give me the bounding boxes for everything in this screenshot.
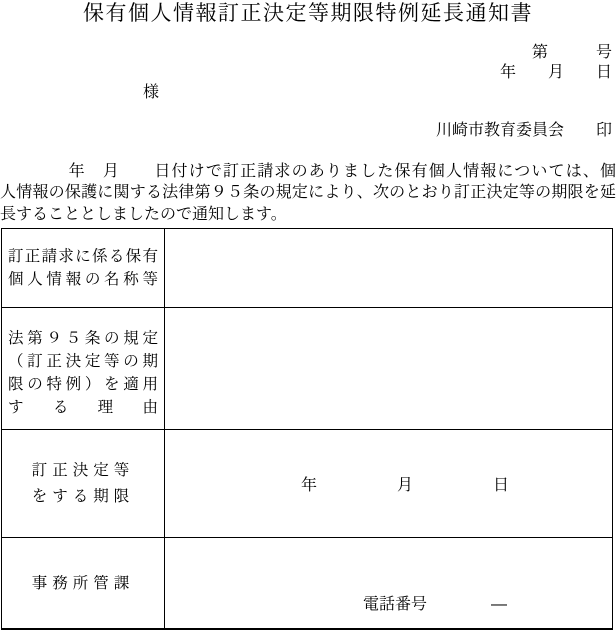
reason-label-cell: 法第９５条の規定 （訂正決定等の期 限の特例）を適用 す る 理 由 [2,307,165,429]
body-paragraph-line: 年 月 日付けで訂正請求のありました保有個人情報については、個 [0,160,616,181]
office-label-cell: 事務所管課 [2,537,165,629]
label-line: 訂正請求に係る保有 [2,245,164,268]
label-line: 訂正決定等 [2,457,164,483]
label-line: 個人情報の名称等 [2,268,164,291]
table-row-reason: 法第９５条の規定 （訂正決定等の期 限の特例）を適用 す る 理 由 [2,307,613,429]
phone-number-blank: 電話番号 ― [165,591,612,614]
document-title: 保有個人情報訂正決定等期限特例延長通知書 [0,0,616,25]
deadline-date-blanks: 年 月 日 [165,472,612,495]
table-row-information-name: 訂正請求に係る保有 個人情報の名称等 [2,228,613,307]
body-paragraph-line: 人情報の保護に関する法律第９５条の規定により、次のとおり訂正決定等の期限を延 [0,181,616,202]
table-row-office: 事務所管課 電話番号 ― [2,537,613,629]
deadline-value-cell: 年 月 日 [165,429,613,537]
label-line: 法第９５条の規定 [2,327,164,350]
information-name-value-cell [165,228,613,307]
table-row-deadline: 訂正決定等 をする期限 年 月 日 [2,429,613,537]
label-line: 限の特例）を適用 [2,373,164,396]
body-paragraph: 年 月 日付けで訂正請求のありました保有個人情報については、個 人情報の保護に関… [0,160,616,224]
information-name-label-cell: 訂正請求に係る保有 個人情報の名称等 [2,228,165,307]
label-line: す る 理 由 [2,396,164,419]
issuer-line: 川崎市教育委員会 印 [0,120,616,140]
issue-date-line: 年 月 日 [0,62,616,82]
label-line: （訂正決定等の期 [2,350,164,373]
doc-number-line: 第 号 [0,42,616,62]
label-line: 事務所管課 [2,570,164,596]
reason-value-cell [165,307,613,429]
form-table: 訂正請求に係る保有 個人情報の名称等 法第９５条の規定 （訂正決定等の期 限の特… [1,228,613,631]
label-line: をする期限 [2,483,164,509]
deadline-label-cell: 訂正決定等 をする期限 [2,429,165,537]
body-paragraph-line: 長することとしましたので通知します。 [0,203,616,224]
office-value-cell: 電話番号 ― [165,537,613,629]
addressee-line: 様 [0,82,616,102]
document-page: 保有個人情報訂正決定等期限特例延長通知書 第 号 年 月 日 様 川崎市教育委員… [0,0,616,632]
